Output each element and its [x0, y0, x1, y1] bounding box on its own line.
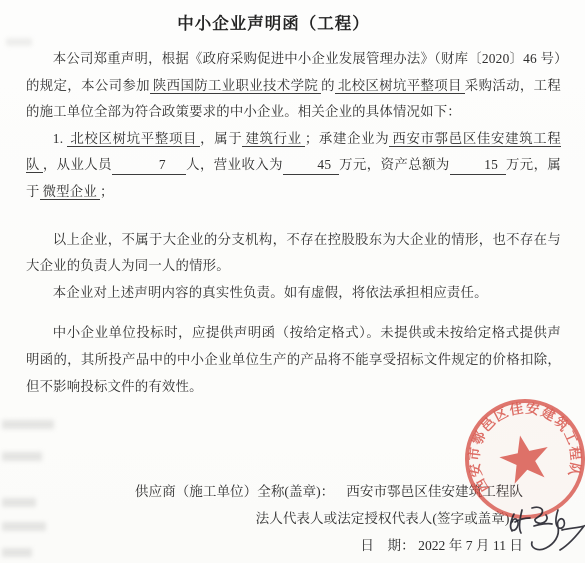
supplier-name: 西安市鄠邑区佳安建筑工程队 [346, 484, 523, 499]
paragraph-declaration: 本公司郑重声明，根据《政府采购促进中小企业发展管理办法》（财库〔2020〕46 … [26, 46, 561, 126]
item1-enterprise-type-underlined: 微型企业 [40, 184, 100, 200]
representative-label: 法人代表人或法定授权代表人(签字或盖章)： [256, 511, 523, 526]
paragraph-bid-notice: 中小企业单位投标时，应提供声明函（按给定格式）。未提供或未按给定格式提供声明函的… [26, 320, 561, 400]
item1-contractor-label: ；承建企业为 [305, 131, 390, 146]
supplier-line: 供应商（施工单位）全称(盖章)：西安市鄠邑区佳安建筑工程队 [26, 478, 523, 505]
para1-of: 的 [321, 78, 335, 93]
item1-staff-label: ，从业人员 [43, 157, 112, 172]
document-body: 本公司郑重声明，根据《政府采购促进中小企业发展管理办法》（财库〔2020〕46 … [26, 46, 561, 400]
item1-revenue-blank: 45 [283, 156, 339, 175]
item1-assets-blank: 15 [450, 156, 506, 175]
purchaser-name-underlined: 陕西国防工业职业技术学院 [150, 78, 321, 94]
signature-block: 供应商（施工单位）全称(盖章)：西安市鄠邑区佳安建筑工程队 法人代表人或法定授权… [26, 478, 561, 559]
item1-industry-underlined: 建筑行业 [242, 131, 304, 147]
supplier-label: 供应商（施工单位）全称(盖章)： [135, 484, 334, 499]
item1-revenue-unit: 万元，资产总额为 [339, 157, 450, 172]
item1-staff-count-blank: 7 [112, 156, 186, 175]
declaration-document: 中小企业声明函（工程） 本公司郑重声明，根据《政府采购促进中小企业发展管理办法》… [0, 0, 585, 559]
date-line: 日 期： 2022 年 7 月 11 日 [26, 532, 523, 559]
document-title: 中小企业声明函（工程） [26, 10, 521, 34]
project-name-underlined: 北校区树坑平整项目 [335, 78, 465, 94]
item1-project-underlined: 北校区树坑平整项目 [67, 131, 200, 147]
item1-number: 1. [53, 131, 63, 146]
paragraph-responsibility: 本企业对上述声明内容的真实性负责。如有虚假，将依法承担相应责任。 [26, 280, 561, 307]
representative-line: 法人代表人或法定授权代表人(签字或盖章)： [26, 505, 523, 532]
item1-end-punctuation: ； [100, 184, 114, 199]
item1-staff-unit: 人，营业收入为 [186, 157, 283, 172]
paragraph-no-affiliation: 以上企业，不属于大企业的分支机构，不存在控股股东为大企业的情形，也不存在与大企业… [26, 227, 561, 280]
item1-belongs-label: ，属于 [200, 131, 242, 146]
paragraph-item1: 1. 北校区树坑平整项目，属于建筑行业；承建企业为西安市鄠邑区佳安建筑工程队，从… [26, 126, 561, 206]
